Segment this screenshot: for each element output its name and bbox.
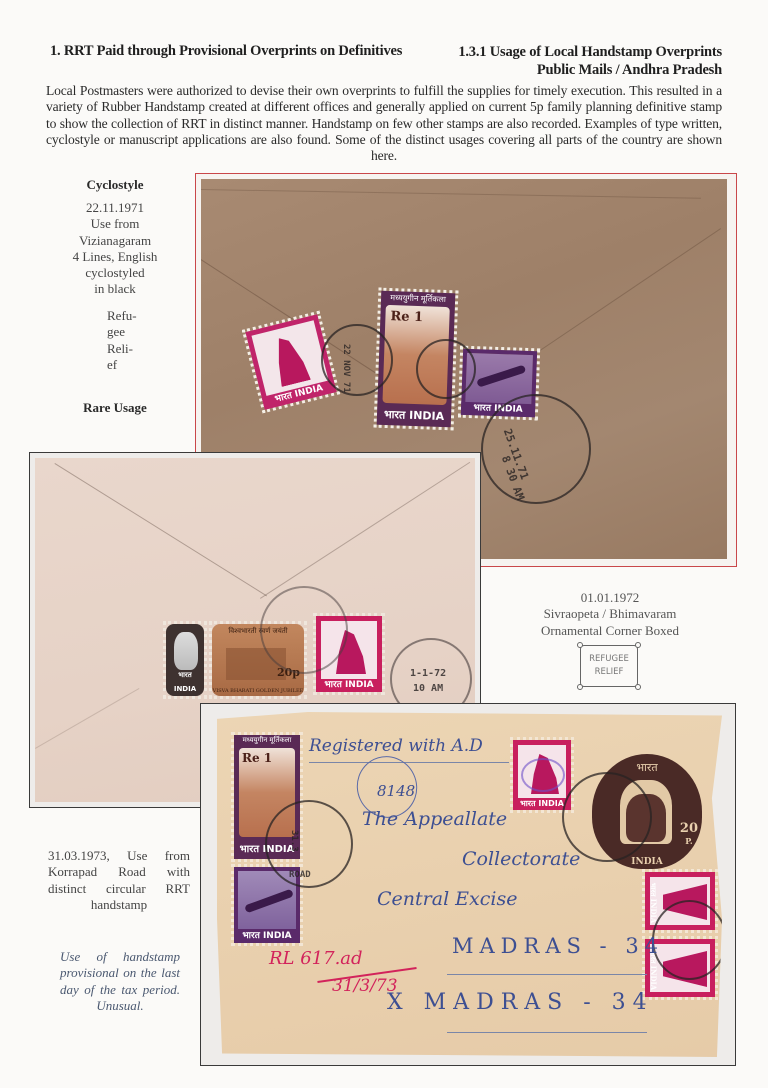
registration-number: 8148 xyxy=(377,782,415,800)
cover1-postmark-origin-2 xyxy=(416,339,476,399)
cover1-postmark-arrival xyxy=(481,394,591,504)
item3-note: Use of handstamp provisional on the last… xyxy=(60,949,180,1014)
subsection-subtitle: Public Mails / Andhra Pradesh xyxy=(458,61,722,79)
cover3-envelope: मध्ययुगीन मूर्तिकला Re 1 भारत INDIA भारत… xyxy=(217,712,722,1057)
item1-overprint-text: Refu- gee Reli- ef xyxy=(107,308,167,373)
item3-description: 31.03.1973, Use from Korrapad Road with … xyxy=(48,848,190,913)
portrait-image xyxy=(174,632,198,670)
cover2-postmark-origin xyxy=(260,586,348,674)
item2-description: 01.01.1972 Sivraopeta / Bhimavaram Ornam… xyxy=(500,590,720,639)
item1-rarity: Rare Usage xyxy=(60,400,170,416)
item1-description: 22.11.1971 Use from Vizianagaram 4 Lines… xyxy=(48,200,182,298)
section-title: 1. RRT Paid through Provisional Overprin… xyxy=(50,43,402,60)
address-line-5: X MADRAS - 34 xyxy=(387,990,654,1015)
ornament-corner-icon xyxy=(635,642,641,648)
ornament-corner-icon xyxy=(577,684,583,690)
ornament-corner-icon xyxy=(635,684,641,690)
ornament-corner-icon xyxy=(577,642,583,648)
subsection-title: 1.3.1 Usage of Local Handstamp Overprint… xyxy=(458,43,722,61)
address-line-2: Collectorate xyxy=(462,848,580,870)
address-line-1: The Appeallate xyxy=(362,808,507,830)
embossed-value: 20 P. xyxy=(680,822,698,848)
subsection-heading: 1.3.1 Usage of Local Handstamp Overprint… xyxy=(458,43,722,79)
item1-title: Cyclostyle xyxy=(60,177,170,193)
cover1-postmark-origin xyxy=(321,324,393,396)
violet-handstamp xyxy=(521,758,565,792)
refugee-relief-overprint-illustration: REFUGEE RELIEF xyxy=(580,645,638,687)
intro-paragraph: Local Postmasters were authorized to dev… xyxy=(46,83,722,164)
registration-date: 31/3/73 xyxy=(332,976,398,996)
cover2-stamp-tagore: भारत INDIA xyxy=(163,621,207,699)
registration-label: RL 617.ad xyxy=(269,948,363,969)
registered-note: Registered with A.D xyxy=(309,736,483,756)
address-line-3: Central Excise xyxy=(377,888,517,910)
address-line-4: MADRAS - 34 xyxy=(452,934,664,958)
